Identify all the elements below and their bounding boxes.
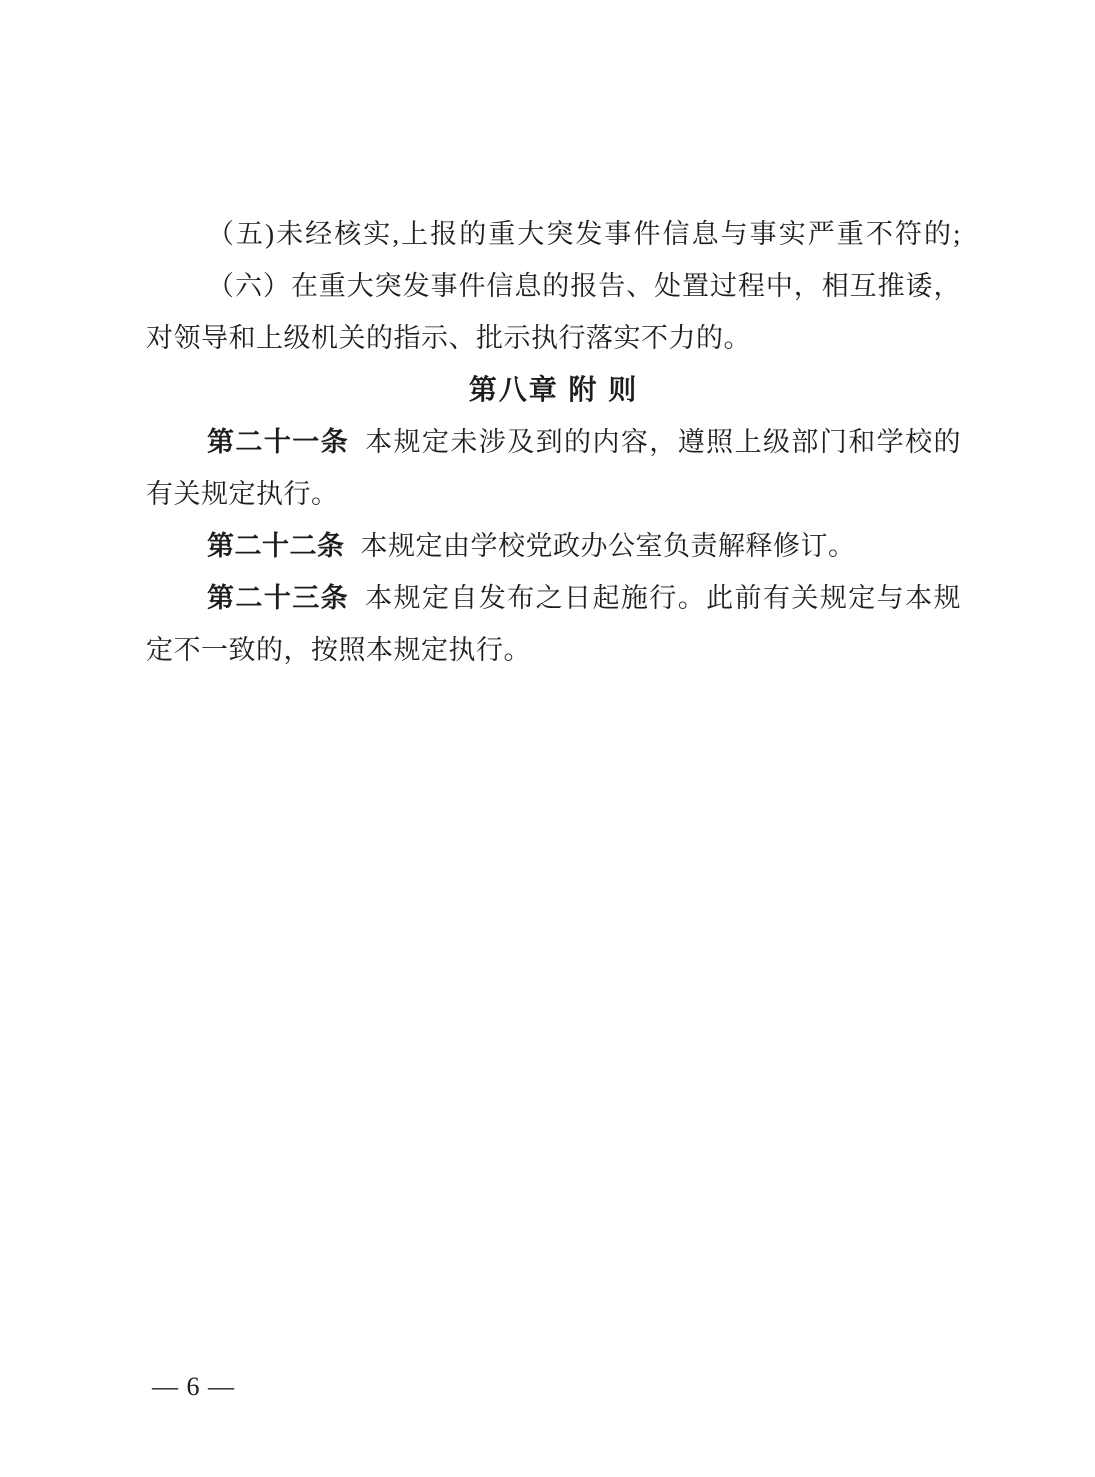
- item-six-line-1: （六）在重大突发事件信息的报告、处置过程中，相互推诿，: [146, 260, 961, 312]
- article-21-text: 本规定未涉及到的内容，遵照上级部门和学校的: [365, 427, 961, 457]
- article-21-number: 第二十一条: [207, 427, 349, 457]
- document-text-block: （五)未经核实,上报的重大突发事件信息与事实严重不符的; （六）在重大突发事件信…: [146, 208, 961, 676]
- article-23-number: 第二十三条: [207, 583, 349, 613]
- article-21-line-2: 有关规定执行。: [146, 468, 961, 520]
- article-23-text: 本规定自发布之日起施行。此前有关规定与本规: [365, 583, 961, 613]
- item-six-line-2: 对领导和上级机关的指示、批示执行落实不力的。: [146, 312, 961, 364]
- page-number-footer: — 6 —: [152, 1372, 235, 1402]
- item-five-line: （五)未经核实,上报的重大突发事件信息与事实严重不符的;: [146, 208, 961, 260]
- article-23-line-1: 第二十三条本规定自发布之日起施行。此前有关规定与本规: [146, 572, 961, 624]
- article-22-number: 第二十二条: [207, 531, 345, 561]
- document-page: （五)未经核实,上报的重大突发事件信息与事实严重不符的; （六）在重大突发事件信…: [0, 0, 1095, 1477]
- chapter-8-heading: 第八章 附 则: [146, 364, 961, 416]
- article-22-line: 第二十二条本规定由学校党政办公室负责解释修订。: [146, 520, 961, 572]
- article-23-line-2: 定不一致的，按照本规定执行。: [146, 624, 961, 676]
- article-22-text: 本规定由学校党政办公室负责解释修订。: [361, 531, 856, 561]
- article-21-line-1: 第二十一条本规定未涉及到的内容，遵照上级部门和学校的: [146, 416, 961, 468]
